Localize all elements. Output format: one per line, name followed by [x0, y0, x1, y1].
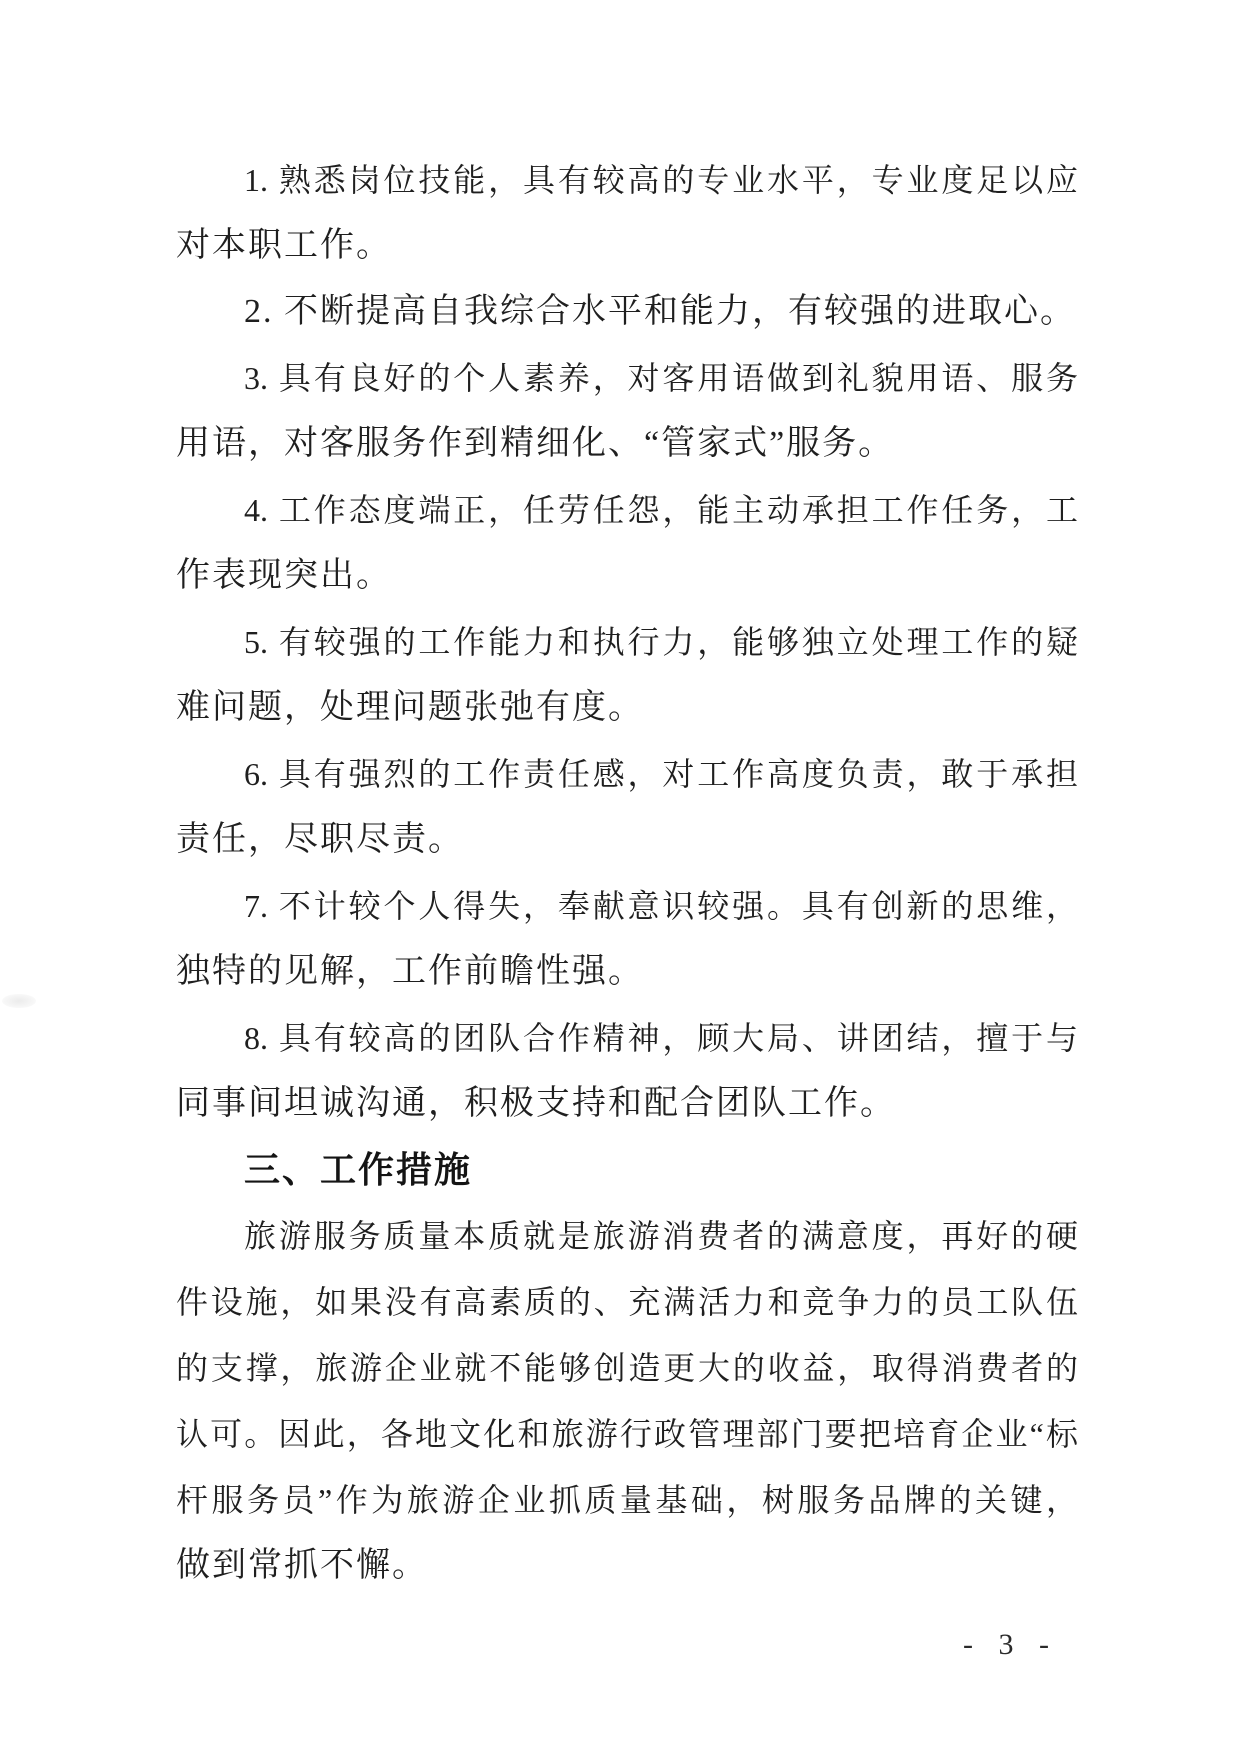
text-line: 的支撑，旅游企业就不能够创造更大的收益，取得消费者的 — [176, 1335, 1078, 1401]
text-line: 责任，尽职尽责。 — [176, 807, 1078, 873]
text-line: 件设施，如果没有高素质的、充满活力和竞争力的员工队伍 — [176, 1269, 1078, 1335]
text-line: 对本职工作。 — [176, 213, 1078, 279]
document-body: 1. 熟悉岗位技能，具有较高的专业水平，专业度足以应对本职工作。2. 不断提高自… — [176, 147, 1078, 1599]
page-number: - 3 - — [963, 1628, 1058, 1662]
text-line: 2. 不断提高自我综合水平和能力，有较强的进取心。 — [176, 279, 1078, 345]
text-line: 旅游服务质量本质就是旅游消费者的满意度，再好的硬 — [176, 1203, 1078, 1269]
text-line: 做到常抓不懈。 — [176, 1533, 1078, 1599]
document-page: 1. 熟悉岗位技能，具有较高的专业水平，专业度足以应对本职工作。2. 不断提高自… — [0, 0, 1240, 1752]
text-line: 4. 工作态度端正，任劳任怨，能主动承担工作任务，工 — [176, 477, 1078, 543]
text-line: 7. 不计较个人得失，奉献意识较强。具有创新的思维， — [176, 873, 1078, 939]
text-line: 杆服务员”作为旅游企业抓质量基础，树服务品牌的关键， — [176, 1467, 1078, 1533]
text-line: 用语，对客服务作到精细化、“管家式”服务。 — [176, 411, 1078, 477]
text-line: 作表现突出。 — [176, 543, 1078, 609]
text-line: 难问题，处理问题张弛有度。 — [176, 675, 1078, 741]
text-line: 独特的见解，工作前瞻性强。 — [176, 939, 1078, 1005]
section-heading: 三、工作措施 — [176, 1137, 1078, 1203]
text-line: 8. 具有较高的团队合作精神，顾大局、讲团结，擅于与 — [176, 1005, 1078, 1071]
text-line: 5. 有较强的工作能力和执行力，能够独立处理工作的疑 — [176, 609, 1078, 675]
text-line: 认可。因此，各地文化和旅游行政管理部门要把培育企业“标 — [176, 1401, 1078, 1467]
text-line: 6. 具有强烈的工作责任感，对工作高度负责，敢于承担 — [176, 741, 1078, 807]
scan-smudge-artifact — [2, 994, 36, 1008]
text-line: 同事间坦诚沟通，积极支持和配合团队工作。 — [176, 1071, 1078, 1137]
text-line: 3. 具有良好的个人素养，对客用语做到礼貌用语、服务 — [176, 345, 1078, 411]
text-line: 1. 熟悉岗位技能，具有较高的专业水平，专业度足以应 — [176, 147, 1078, 213]
